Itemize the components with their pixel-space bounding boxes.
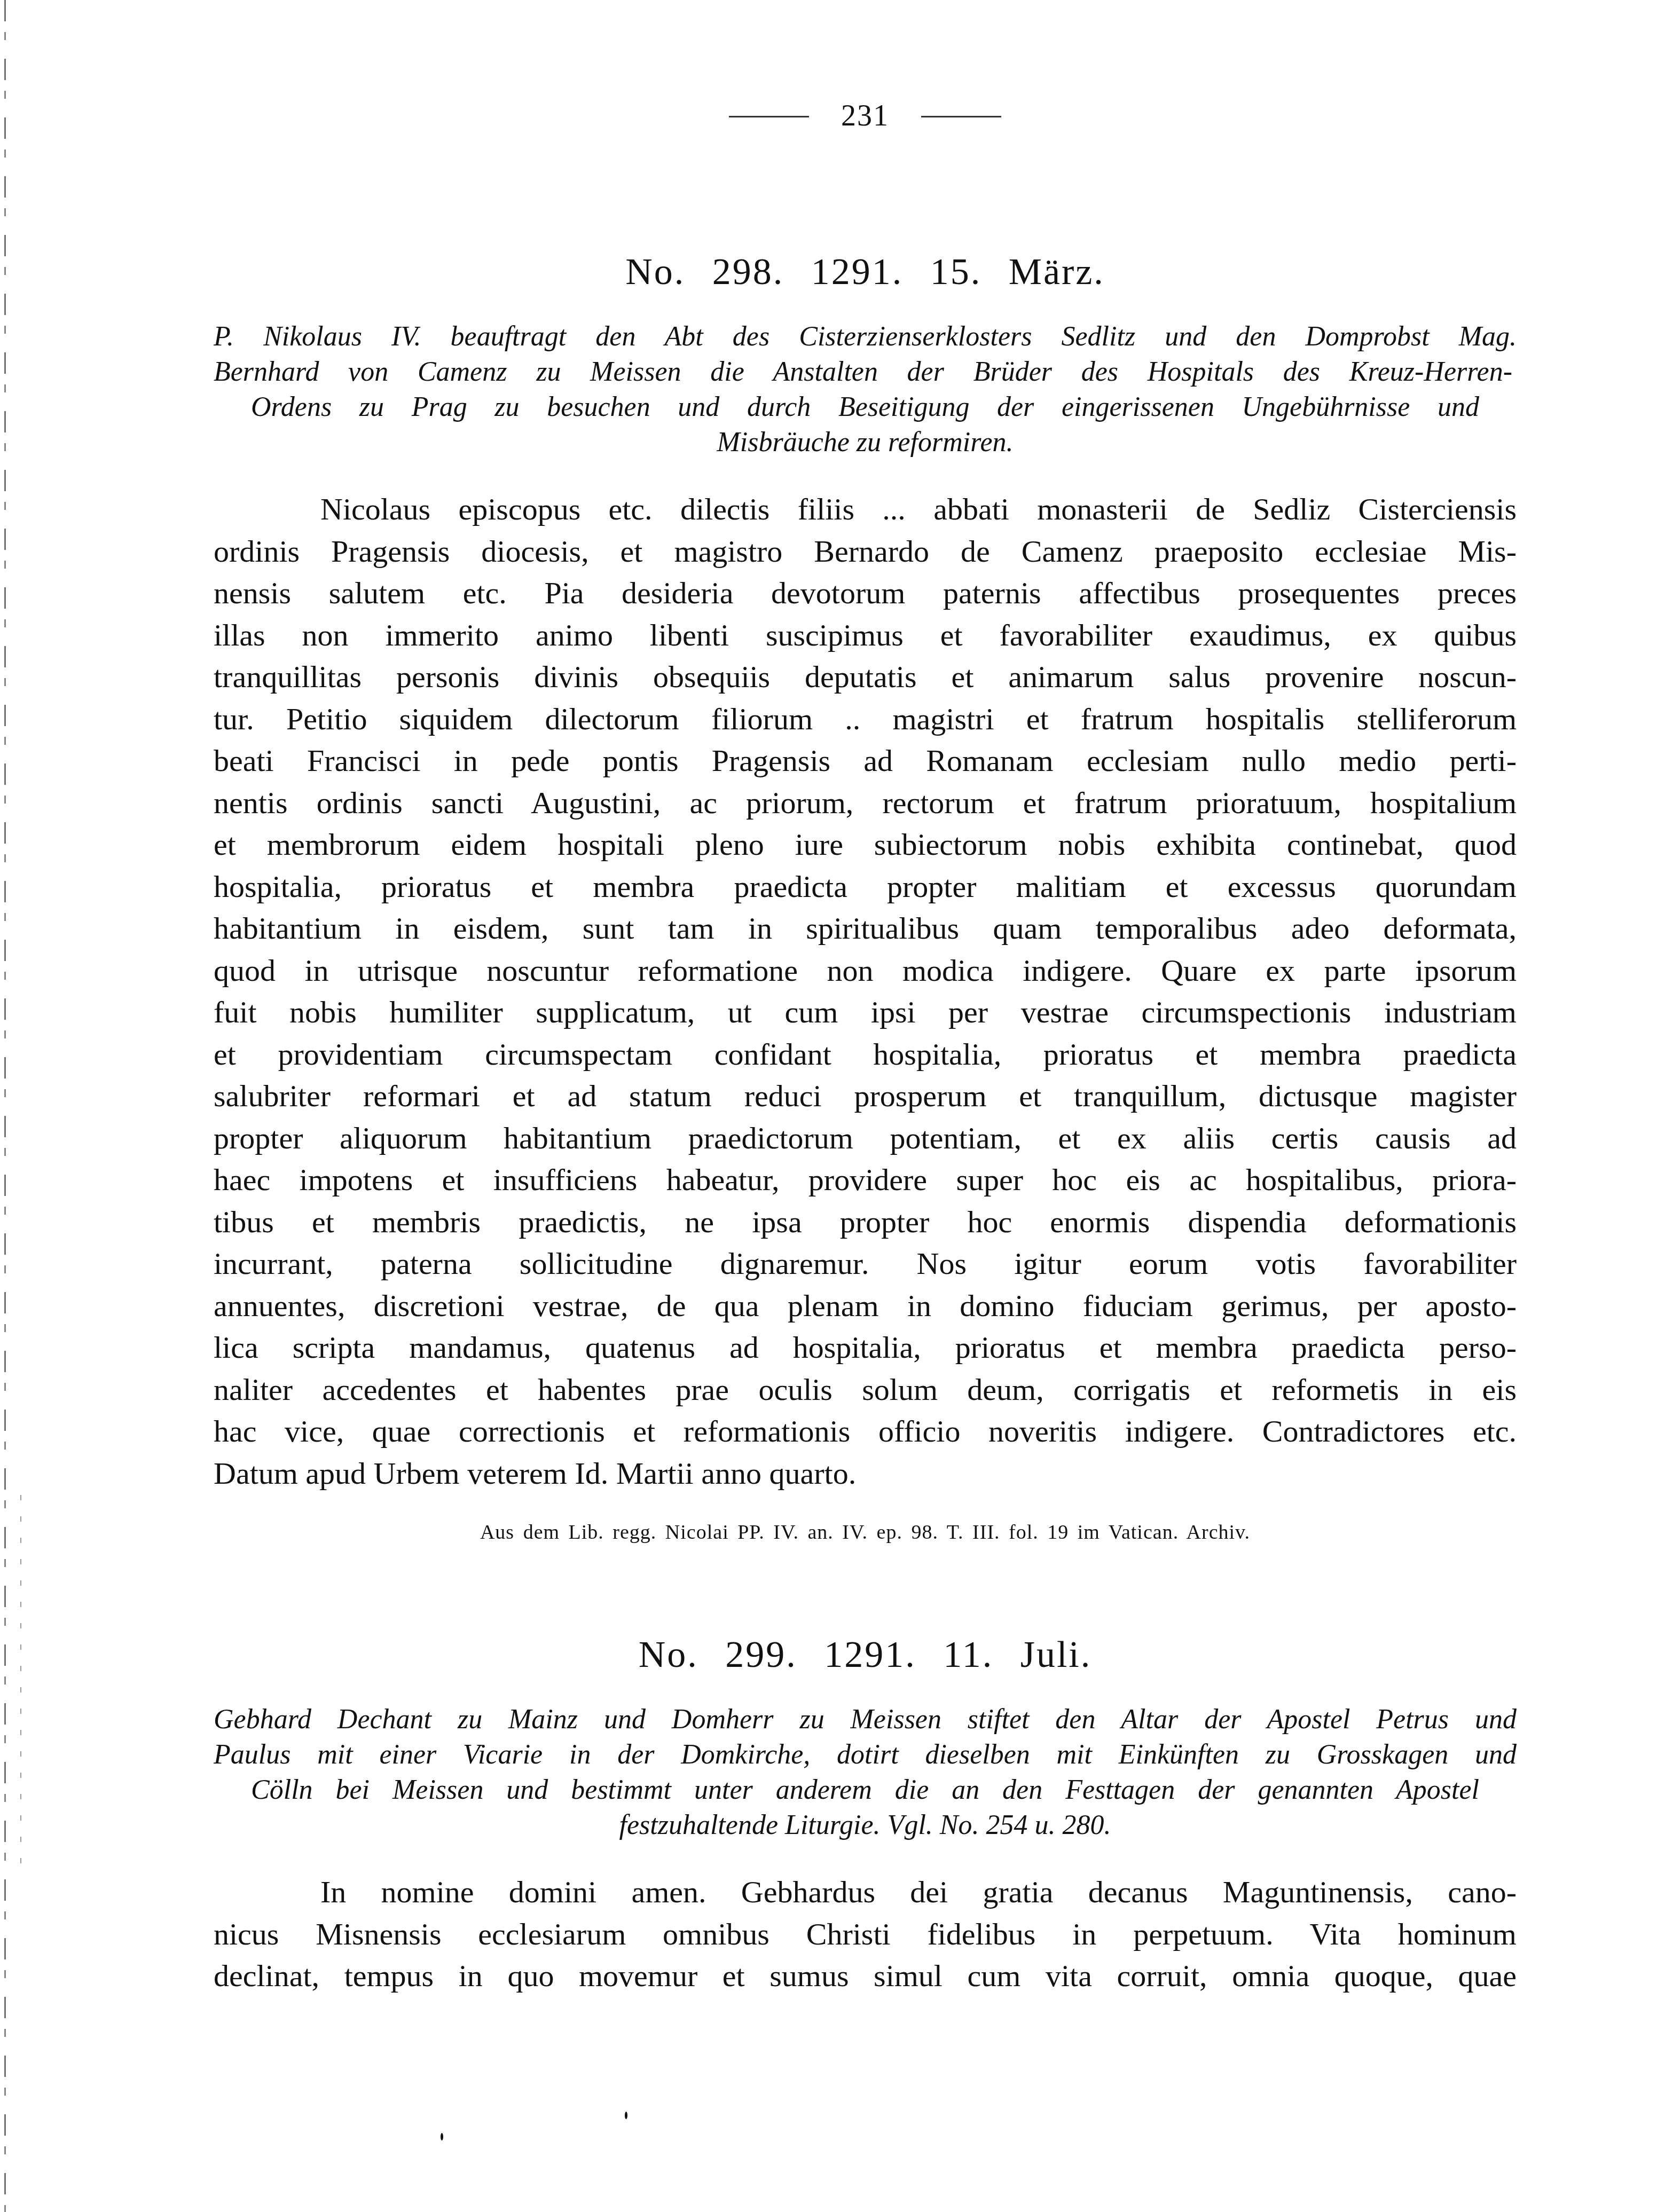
body-line: incurrant, paterna sollicitudine dignare…	[214, 1243, 1517, 1285]
regest-line: Ordens zu Prag zu besuchen und durch Bes…	[214, 390, 1517, 425]
body-line: nentis ordinis sancti Augustini, ac prio…	[214, 782, 1517, 824]
regest-line: Gebhard Dechant zu Mainz und Domherr zu …	[214, 1702, 1517, 1737]
body-line: Nicolaus episcopus etc. dilectis filiis …	[214, 489, 1517, 531]
header-rule-left	[729, 116, 809, 117]
document-heading-298: No. 298. 1291. 15. März.	[214, 251, 1517, 294]
scan-border-artifact	[20, 1495, 21, 1869]
regest-line: festzuhaltende Liturgie. Vgl. No. 254 u.…	[214, 1808, 1517, 1843]
scan-border-artifact	[4, 0, 6, 2212]
body-line: ordinis Pragensis diocesis, et magistro …	[214, 531, 1517, 573]
body-line: habitantium in eisdem, sunt tam in spiri…	[214, 908, 1517, 950]
body-line: propter aliquorum habitantium praedictor…	[214, 1117, 1517, 1160]
body-line: haec impotens et insufficiens habeatur, …	[214, 1159, 1517, 1201]
document-heading-299: No. 299. 1291. 11. Juli.	[214, 1634, 1517, 1676]
scan-speck	[625, 2112, 627, 2119]
body-line: salubriter reformari et ad statum reduci…	[214, 1075, 1517, 1117]
document-body-298: Nicolaus episcopus etc. dilectis filiis …	[214, 489, 1517, 1494]
body-line: lica scripta mandamus, quatenus ad hospi…	[214, 1327, 1517, 1369]
scan-speck	[441, 2133, 443, 2140]
body-line: illas non immerito animo libenti suscipi…	[214, 615, 1517, 657]
header-rule-right	[921, 116, 1001, 117]
regest-line: Bernhard von Camenz zu Meissen die Ansta…	[214, 355, 1517, 390]
body-line: In nomine domini amen. Gebhardus dei gra…	[214, 1871, 1517, 1914]
body-line: hac vice, quae correctionis et reformati…	[214, 1411, 1517, 1453]
body-line: Datum apud Urbem veterem Id. Martii anno…	[214, 1453, 1517, 1495]
running-head: 231	[214, 99, 1517, 133]
page-number: 231	[841, 99, 889, 132]
body-line: et providentiam circumspectam confidant …	[214, 1034, 1517, 1076]
body-line: tur. Petitio siquidem dilectorum filioru…	[214, 698, 1517, 741]
regest-line: P. Nikolaus IV. beauftragt den Abt des C…	[214, 319, 1517, 355]
body-line: tranquillitas personis divinis obsequiis…	[214, 656, 1517, 698]
body-line: nensis salutem etc. Pia desideria devoto…	[214, 572, 1517, 615]
source-note-298: Aus dem Lib. regg. Nicolai PP. IV. an. I…	[214, 1521, 1517, 1544]
body-line: hospitalia, prioratus et membra praedict…	[214, 866, 1517, 908]
body-line: et membrorum eidem hospitali pleno iure …	[214, 824, 1517, 866]
body-line: naliter accedentes et habentes prae ocul…	[214, 1369, 1517, 1411]
regest-line: Cölln bei Meissen und bestimmt unter and…	[214, 1773, 1517, 1808]
regest-line: Paulus mit einer Vicarie in der Domkirch…	[214, 1737, 1517, 1773]
body-line: tibus et membris praedictis, ne ipsa pro…	[214, 1201, 1517, 1243]
body-line: quod in utrisque noscuntur reformatione …	[214, 950, 1517, 992]
body-line: beati Francisci in pede pontis Pragensis…	[214, 740, 1517, 782]
body-line: nicus Misnensis ecclesiarum omnibus Chri…	[214, 1914, 1517, 1956]
body-line: fuit nobis humiliter supplicatum, ut cum…	[214, 991, 1517, 1034]
regest-line: Misbräuche zu reformiren.	[214, 425, 1517, 460]
document-body-299: In nomine domini amen. Gebhardus dei gra…	[214, 1871, 1517, 1997]
body-line: annuentes, discretioni vestrae, de qua p…	[214, 1285, 1517, 1327]
document-regest-299: Gebhard Dechant zu Mainz und Domherr zu …	[214, 1702, 1517, 1843]
body-line: declinat, tempus in quo movemur et sumus…	[214, 1955, 1517, 1997]
document-regest-298: P. Nikolaus IV. beauftragt den Abt des C…	[214, 319, 1517, 460]
